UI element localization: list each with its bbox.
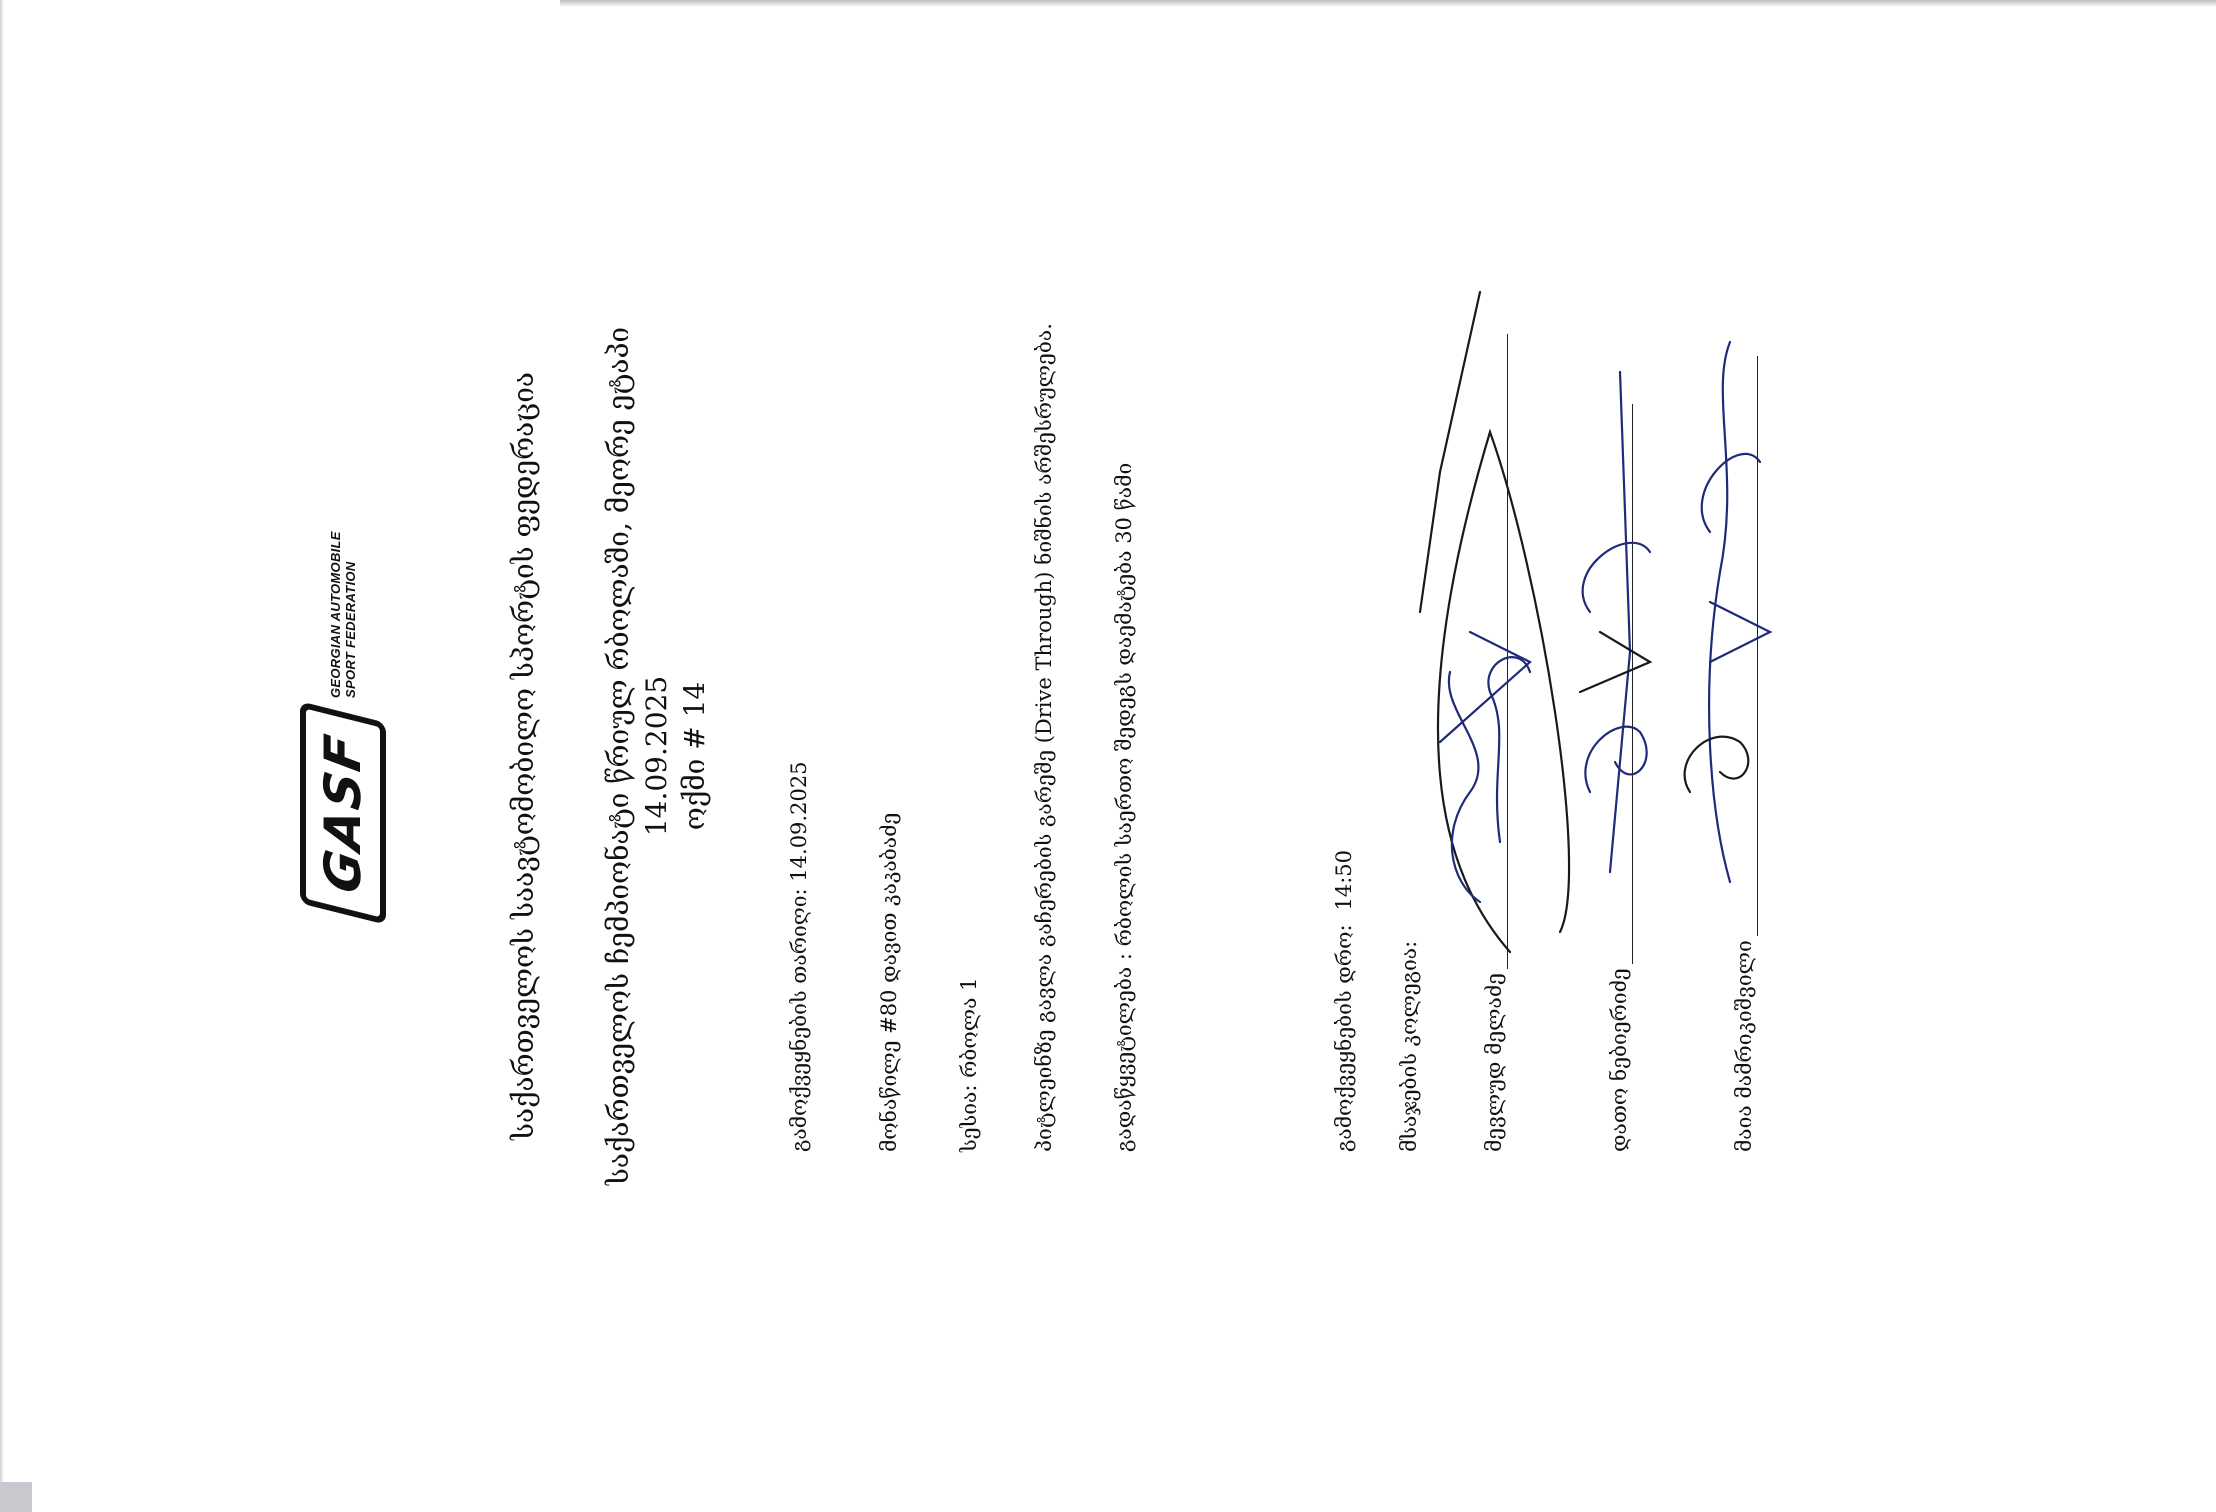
logo-mark-text: GASF [314, 729, 372, 897]
handwritten-signatures [1380, 272, 1820, 992]
publish-time-value: 14:50 [1332, 850, 1356, 911]
session-line: სესია: რბოლა 1 [955, 977, 983, 1152]
gasf-logo: GASF GEORGIAN AUTOMOBILE SPORT FEDERATIO… [300, 531, 386, 914]
logo-org-line1: GEORGIAN AUTOMOBILE [328, 531, 343, 698]
decision-line: გადაწყვეტილება : რბოლის საერთო შედეგს და… [1110, 463, 1138, 1152]
decision-date: გამოქვეყნების თარიღი: 14.09.2025 [785, 761, 813, 1152]
decision-number: ოქმი # 14 [676, 0, 714, 1512]
driver-line: მონაწილე #80 დავით კაკაბაძე [875, 813, 903, 1152]
logo-org-line2: SPORT FEDERATION [343, 531, 358, 698]
signature-1 [1420, 292, 1569, 952]
signature-2 [1580, 372, 1650, 872]
federation-title: საქართველოს საავტომობილო სპორტის ფედერაც… [505, 0, 543, 1512]
document-page: GASF GEORGIAN AUTOMOBILE SPORT FEDERATIO… [0, 0, 2216, 1512]
publish-time-label: გამოქვეყნების დრო: [1332, 924, 1356, 1152]
infringement-line: პიტლეინზე გავლა გაჩერების გარეშე (Drive … [1030, 323, 1058, 1152]
publish-time-line: გამოქვეყნების დრო:14:50 [1330, 850, 1358, 1152]
signature-3 [1685, 342, 1770, 882]
logo-org-name: GEORGIAN AUTOMOBILE SPORT FEDERATION [328, 531, 358, 698]
steward-name: დათო ნებიერიძე [1605, 968, 1633, 1152]
event-date: 14.09.2025 [638, 0, 676, 1512]
gasf-logo-mark: GASF [300, 701, 386, 924]
steward-name: მევლუდ მელაძე [1480, 973, 1508, 1152]
event-title: საქართველოს ჩემპიონატი წრიულ რბოლაში, მე… [600, 0, 638, 1512]
